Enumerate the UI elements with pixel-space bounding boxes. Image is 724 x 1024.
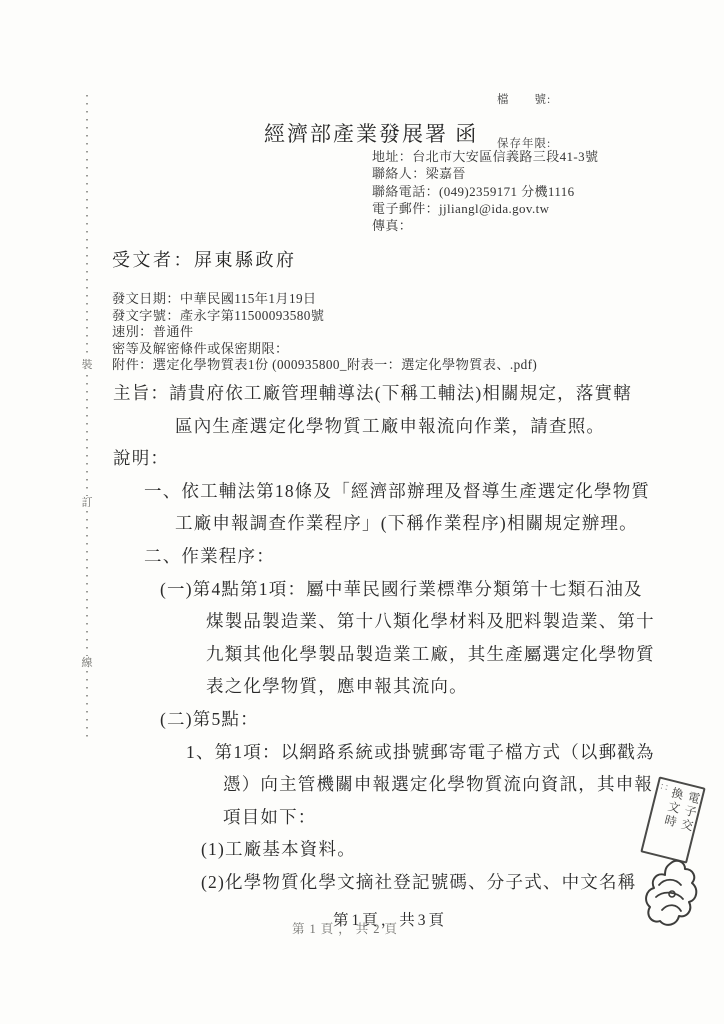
issue-date: 發文日期：中華民國115年1月19日	[112, 291, 537, 308]
seal-flower-icon	[644, 858, 700, 936]
sender-contact-person: 聯絡人：梁嘉晉	[372, 165, 598, 182]
page-number: 第1頁，共3頁	[333, 908, 447, 930]
body-line: (二)第5點：	[160, 703, 655, 736]
partial-seal-stamp	[644, 858, 700, 941]
body-line: 說明：	[113, 442, 655, 475]
letter-body: 主旨：請貴府依工廠管理輔導法(下稱工輔法)相關規定，落實轄 區內生產選定化學物質…	[113, 377, 655, 899]
body-line: 九類其他化學製品製造業工廠，其生產屬選定化學物質	[206, 638, 655, 671]
sender-info-block: 地址：台北市大安區信義路三段41-3號 聯絡人：梁嘉晉 聯絡電話：(049)23…	[372, 148, 598, 234]
security-classification: 密等及解密條件或保密期限：	[112, 341, 537, 358]
binding-mark-zhuang: 裝	[78, 358, 96, 372]
document-number: 發文字號：產永字第11500093580號	[112, 308, 537, 325]
body-line: 表之化學物質，應申報其流向。	[206, 670, 655, 703]
delivery-speed: 速別：普通件	[112, 324, 537, 341]
body-line: 主旨：請貴府依工廠管理輔導法(下稱工輔法)相關規定，落實轄	[113, 377, 655, 410]
body-line: 憑）向主管機關申報選定化學物質流向資訊，其申報	[223, 768, 655, 801]
scanned-official-letter: 檔 號: 保存年限: 經濟部產業發展署 函 地址：台北市大安區信義路三段41-3…	[0, 0, 724, 1024]
recipient-line: 受文者：屏東縣政府	[112, 246, 297, 272]
body-line: 1、第1項：以網路系統或掛號郵寄電子檔方式（以郵戳為	[186, 736, 655, 769]
body-line: 二、作業程序：	[144, 540, 655, 573]
body-line: (2)化學物質化學文摘社登記號碼、分子式、中文名稱	[201, 866, 655, 899]
body-line: (1)工廠基本資料。	[201, 833, 655, 866]
sender-fax: 傳真：	[372, 217, 598, 234]
body-line: 一、依工輔法第18條及「經濟部辦理及督導生產選定化學物質	[144, 475, 655, 508]
body-line: 區內生產選定化學物質工廠申報流向作業，請查照。	[175, 410, 655, 443]
sender-phone: 聯絡電話：(049)2359171 分機1116	[372, 183, 598, 200]
sender-email: 電子郵件：jjliangl@ida.gov.tw	[372, 200, 598, 217]
file-number-label: 檔 號:	[497, 93, 551, 108]
binding-mark-xian: 線	[78, 656, 96, 670]
document-title: 經濟部產業發展署 函	[264, 118, 478, 148]
body-line: 工廠申報調查作業程序」(下稱作業程序)相關規定辦理。	[175, 507, 655, 540]
document-meta-block: 發文日期：中華民國115年1月19日 發文字號：產永字第11500093580號…	[112, 291, 537, 374]
binding-mark-ding: 訂	[78, 496, 96, 510]
sender-address: 地址：台北市大安區信義路三段41-3號	[372, 148, 598, 165]
binding-dotted-line	[86, 95, 88, 738]
body-line: 煤製品製造業、第十八類化學材料及肥料製造業、第十	[206, 605, 655, 638]
attachment-line: 附件：選定化學物質表1份 (000935800_附表一：選定化學物質表、.pdf…	[112, 357, 537, 374]
body-line: (一)第4點第1項：屬中華民國行業標準分類第十七類石油及	[160, 573, 655, 606]
body-line: 項目如下：	[223, 801, 655, 834]
